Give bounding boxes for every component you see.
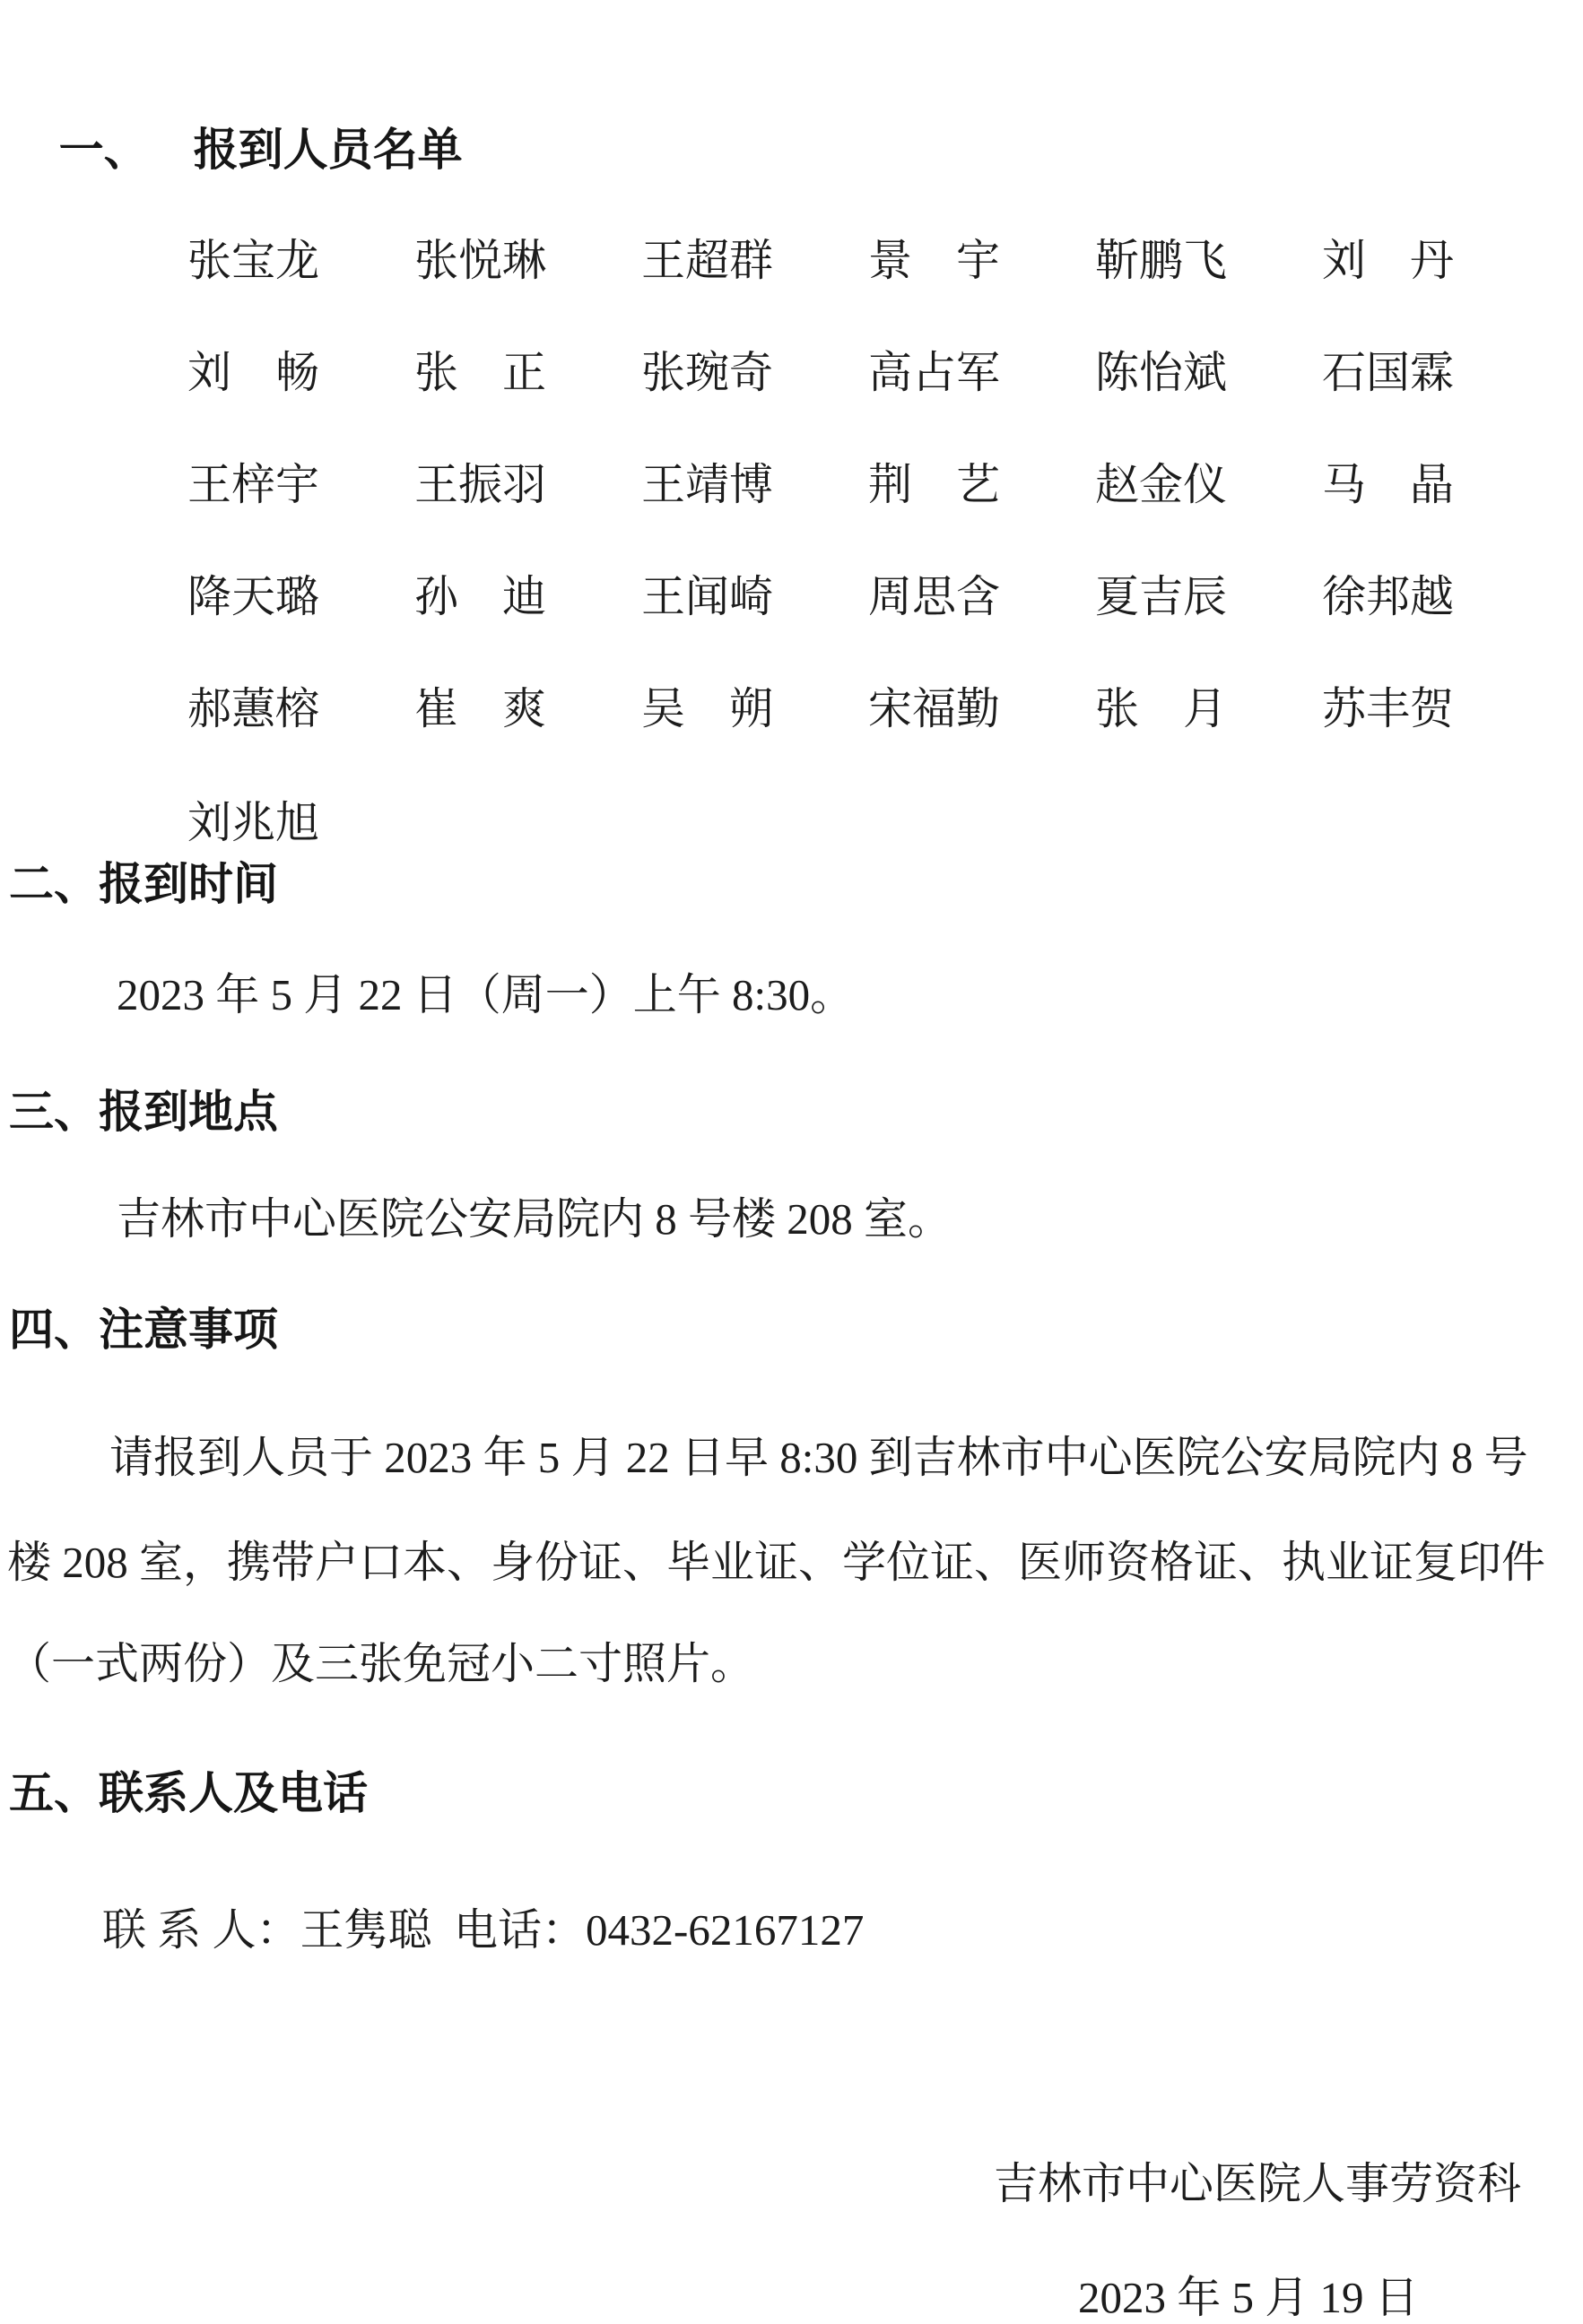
roster-name: 孙 迪 bbox=[414, 571, 641, 623]
section-1-title: 报到人员名单 bbox=[194, 125, 463, 175]
roster-name: 景 宇 bbox=[868, 235, 1095, 287]
roster-name: 王靖博 bbox=[641, 459, 868, 511]
section-4-heading: 四、注意事项 bbox=[9, 1304, 278, 1357]
notes-line-1: 请报到人员于 2023 年 5 月 22 日早 8:30 到吉林市中心医院公安局… bbox=[109, 1432, 1528, 1484]
roster-name: 陈怡斌 bbox=[1095, 347, 1322, 399]
section-5-heading: 五、联系人及电话 bbox=[9, 1767, 368, 1820]
roster-name: 张琬奇 bbox=[641, 347, 868, 399]
roster-name: 崔 爽 bbox=[414, 683, 641, 735]
roster-name: 荆 艺 bbox=[868, 459, 1095, 511]
roster-name: 王超群 bbox=[641, 235, 868, 287]
roster-name: 苏丰贺 bbox=[1322, 683, 1454, 735]
roster-name: 张宝龙 bbox=[187, 235, 414, 287]
section-1-marker: 一、 bbox=[59, 125, 149, 175]
notes-line-3: （一式两份）及三张免冠小二寸照片。 bbox=[7, 1638, 754, 1690]
signature-date: 2023 年 5 月 19 日 bbox=[1078, 2272, 1419, 2324]
roster-name: 夏吉辰 bbox=[1095, 571, 1322, 623]
roster-name: 王梓宇 bbox=[187, 459, 414, 511]
roster-name: 王闻崎 bbox=[641, 571, 868, 623]
section-3-heading: 三、报到地点 bbox=[9, 1086, 278, 1139]
roster-name: 赵金仪 bbox=[1095, 459, 1322, 511]
roster-name: 刘 丹 bbox=[1322, 235, 1454, 287]
roster-name: 张 正 bbox=[414, 347, 641, 399]
roster-name: 高占军 bbox=[868, 347, 1095, 399]
report-time-text: 2023 年 5 月 22 日（周一）上午 8:30。 bbox=[117, 969, 854, 1021]
notes-line-2: 楼 208 室，携带户口本、身份证、毕业证、学位证、医师资格证、执业证复印件 bbox=[7, 1537, 1545, 1589]
roster-name: 马 晶 bbox=[1322, 459, 1454, 511]
roster-name: 郝蕙榕 bbox=[187, 683, 414, 735]
roster-name: 王振羽 bbox=[414, 459, 641, 511]
roster-name: 周思含 bbox=[868, 571, 1095, 623]
roster-name: 降天璐 bbox=[187, 571, 414, 623]
roster-name: 刘兆旭 bbox=[187, 797, 319, 849]
contact-info-text: 联 系 人：王隽聪 电话：0432-62167127 bbox=[102, 1904, 864, 1956]
roster-row-5: 郝蕙榕崔 爽吴 朔宋福勤张 月苏丰贺 bbox=[144, 631, 1454, 786]
roster-name: 张 月 bbox=[1095, 683, 1322, 735]
roster-name: 刘 畅 bbox=[187, 347, 414, 399]
notice-document-page: 一、报到人员名单 张宝龙张悦琳王超群景 宇靳鹏飞刘 丹 刘 畅张 正张琬奇高占军… bbox=[0, 0, 1583, 2324]
roster-name: 张悦琳 bbox=[414, 235, 641, 287]
roster-name: 石国霖 bbox=[1322, 347, 1454, 399]
roster-name: 靳鹏飞 bbox=[1095, 235, 1322, 287]
section-2-heading: 二、报到时间 bbox=[9, 858, 278, 911]
roster-name: 吴 朔 bbox=[641, 683, 868, 735]
report-location-text: 吉林市中心医院公安局院内 8 号楼 208 室。 bbox=[117, 1193, 952, 1245]
signature-organization: 吉林市中心医院人事劳资科 bbox=[994, 2158, 1521, 2210]
roster-name: 宋福勤 bbox=[868, 683, 1095, 735]
roster-name: 徐邦越 bbox=[1322, 571, 1454, 623]
